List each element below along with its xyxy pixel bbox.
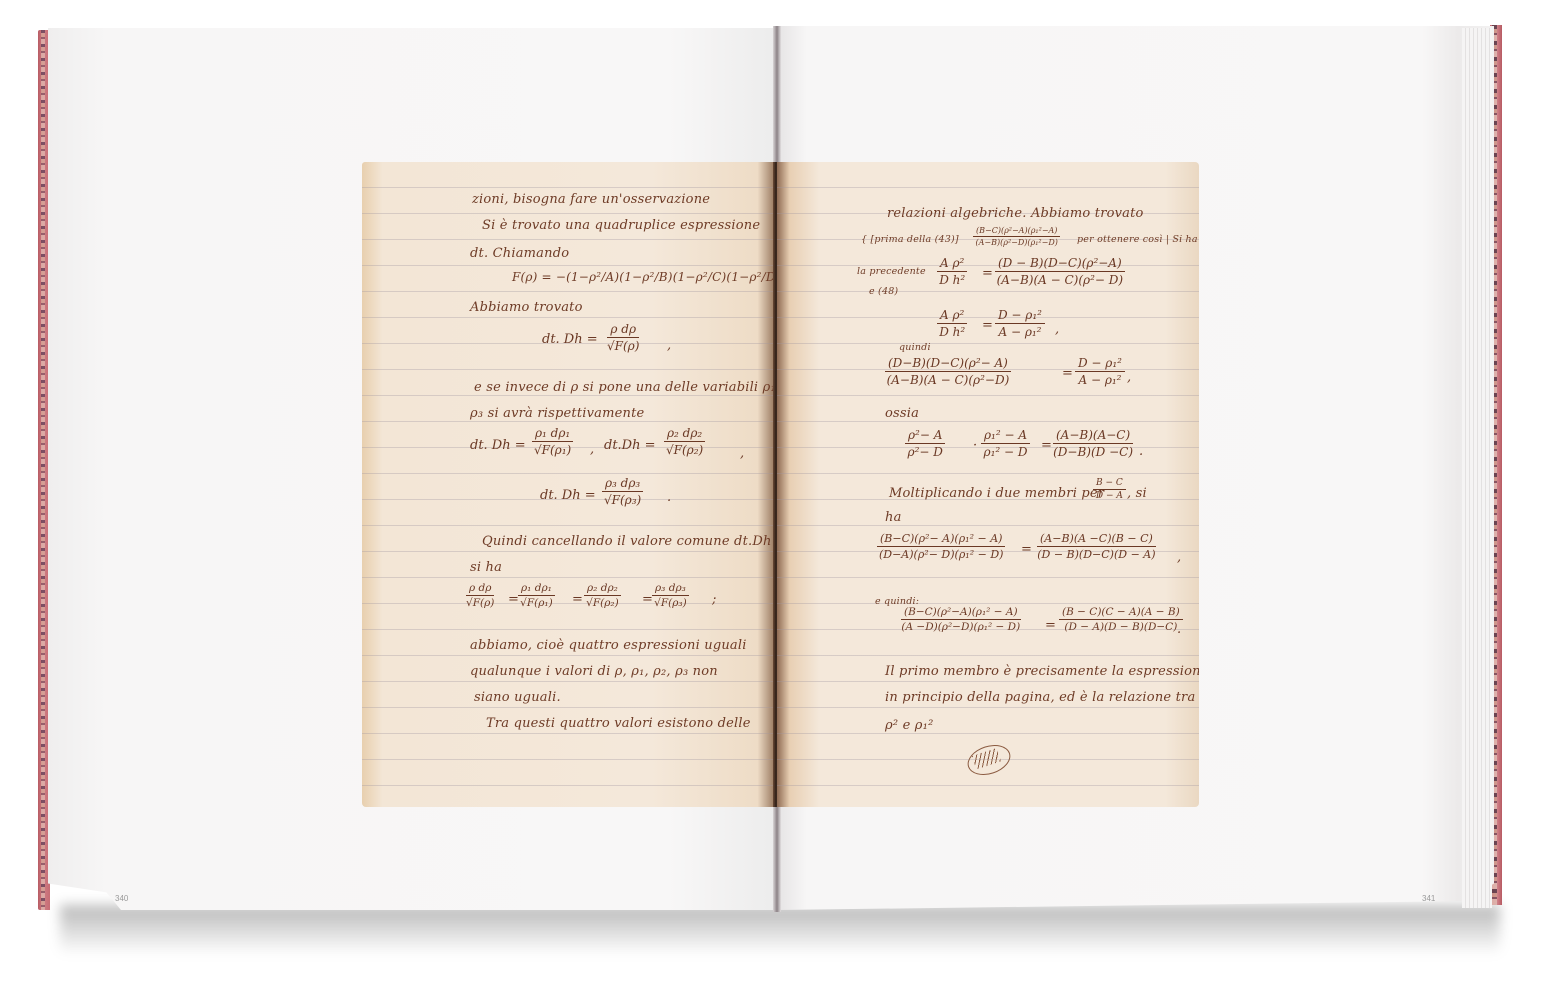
formula-lhs: dt. Dh = bbox=[542, 332, 598, 347]
page-stack-edge bbox=[1462, 28, 1492, 908]
manuscript-line: ρ² e ρ₁² bbox=[885, 718, 933, 733]
formula-fraction: ρ₂ dρ₂√F(ρ₂) bbox=[584, 582, 621, 609]
formula-F: F(ρ) = −(1−ρ²/A)(1−ρ²/B)(1−ρ²/C)(1−ρ²/D)… bbox=[512, 270, 774, 284]
formula-tail: , bbox=[667, 338, 671, 353]
equals-sign: = bbox=[572, 592, 583, 607]
formula-fraction: (B−C)(ρ²− A)(ρ₁² − A)(D−A)(ρ²− D)(ρ₁² − … bbox=[877, 532, 1005, 561]
manuscript-line: relazioni algebriche. Abbiamo trovato bbox=[887, 206, 1144, 221]
formula-tail: , bbox=[740, 446, 744, 461]
manuscript-note: quindi bbox=[899, 342, 931, 353]
equals-sign: = bbox=[1062, 366, 1073, 381]
manuscript-line: Quindi cancellando il valore comune dt.D… bbox=[482, 534, 772, 549]
manuscript-line: zioni, bisogna fare un'osservazione bbox=[472, 192, 710, 207]
formula-fraction: (A−B)(A−C)(D−B)(D −C) bbox=[1053, 428, 1133, 459]
formula-fraction: ρ₃ dρ₃√F(ρ₃) bbox=[652, 582, 689, 609]
manuscript-line: qualunque i valori di ρ, ρ₁, ρ₂, ρ₃ non bbox=[470, 664, 718, 679]
formula-fraction: ρ₁² − Aρ₁² − D bbox=[981, 428, 1030, 459]
formula-fraction: ρ₁ dρ₁√F(ρ₁) bbox=[518, 582, 555, 609]
formula-lhs: dt.Dh = bbox=[604, 438, 656, 453]
manuscript-line: abbiamo, cioè quattro espressioni uguali bbox=[470, 638, 747, 653]
equals-sign: = bbox=[1021, 542, 1032, 557]
formula-fraction: D − ρ₁²A − ρ₁² bbox=[1075, 356, 1125, 387]
manuscript-note: per ottenere così | Si ha ora bbox=[1077, 234, 1199, 245]
manuscript-line: Il primo membro è precisamente la espres… bbox=[885, 664, 1199, 679]
equals-sign: = bbox=[982, 266, 993, 281]
manuscript-line: si ha bbox=[470, 560, 502, 575]
formula-fraction-small: B − CD − A bbox=[1093, 478, 1126, 501]
manuscript-line: ρ₃ si avrà rispettivamente bbox=[470, 406, 644, 421]
manuscript-line: Abbiamo trovato bbox=[470, 300, 583, 315]
equals-sign: = bbox=[982, 318, 993, 333]
formula-tail: , bbox=[1055, 322, 1059, 337]
formula-fraction: (A−B)(A −C)(B − C)(D − B)(D−C)(D − A) bbox=[1037, 532, 1156, 561]
manuscript-page-right: relazioni algebriche. Abbiamo trovato { … bbox=[777, 162, 1199, 807]
formula-fraction: D − ρ₁²A − ρ₁² bbox=[995, 308, 1045, 339]
formula-tail: , bbox=[1127, 370, 1131, 385]
formula-fraction: ρ₁ dρ₁√F(ρ₁) bbox=[532, 426, 573, 457]
manuscript-line: dt. Chiamando bbox=[470, 246, 569, 261]
formula-fraction: (D−B)(D−C)(ρ²− A)(A−B)(A − C)(ρ²−D) bbox=[885, 356, 1011, 387]
formula-fraction: ρ dρ√F(ρ) bbox=[607, 322, 639, 353]
page-number-right: 341 bbox=[1422, 894, 1435, 903]
formula-fraction: A ρ²D h² bbox=[937, 308, 967, 339]
formula-fraction: ρ₃ dρ₃√F(ρ₃) bbox=[602, 476, 643, 507]
equals-sign: = bbox=[1045, 618, 1056, 633]
manuscript-line: e se invece di ρ si pone una delle varia… bbox=[474, 380, 774, 395]
manuscript-line: Tra questi quattro valori esistono delle bbox=[486, 716, 751, 731]
formula-tail: ; bbox=[712, 592, 716, 607]
equals-sign: = bbox=[1041, 438, 1052, 453]
formula-fraction-small: (B−C)(ρ²−A)(ρ₁²−A)(A−B)(ρ²−D)(ρ₁²−D) bbox=[973, 226, 1060, 247]
manuscript-line: in principio della pagina, ed è la relaz… bbox=[885, 690, 1195, 705]
formula-tail: , bbox=[1177, 550, 1181, 565]
multiply-dot: · bbox=[973, 438, 977, 453]
page-number-left: 340 bbox=[115, 894, 128, 903]
formula-lhs: dt. Dh = bbox=[470, 438, 526, 453]
formula-tail: , bbox=[590, 442, 594, 457]
signature-flourish-icon bbox=[964, 740, 1014, 780]
formula-fraction: ρ₂ dρ₂√F(ρ₂) bbox=[664, 426, 705, 457]
formula-fraction: (B−C)(ρ²−A)(ρ₁² − A)(A −D)(ρ²−D)(ρ₁² − D… bbox=[901, 606, 1021, 633]
manuscript-note: e (48) bbox=[869, 286, 898, 297]
formula-fraction: ρ dρ√F(ρ) bbox=[466, 582, 494, 609]
formula-fraction: A ρ²D h² bbox=[937, 256, 967, 287]
manuscript-page-left: zioni, bisogna fare un'osservazione Si è… bbox=[362, 162, 774, 807]
book-shadow bbox=[60, 905, 1500, 955]
manuscript-line: , si bbox=[1127, 486, 1147, 501]
formula-fraction: (D − B)(D−C)(ρ²−A)(A−B)(A − C)(ρ²− D) bbox=[995, 256, 1125, 287]
formula-tail: . bbox=[667, 490, 671, 505]
formula-lhs: dt. Dh = bbox=[540, 488, 596, 503]
manuscript-line: Moltiplicando i due membri per bbox=[889, 486, 1104, 501]
manuscript-note: { [prima della (43)] bbox=[861, 234, 959, 245]
manuscript-line: ha bbox=[885, 510, 902, 525]
manuscript-note: la precedente bbox=[857, 266, 926, 277]
formula-tail: . bbox=[1139, 444, 1143, 459]
formula-fraction: (B − C)(C − A)(A − B)(D − A)(D − B)(D−C) bbox=[1059, 606, 1183, 633]
manuscript-line: Si è trovato una quadruplice espressione bbox=[482, 218, 760, 233]
formula-fraction: ρ²− Aρ²− D bbox=[905, 428, 945, 459]
formula-tail: . bbox=[1177, 622, 1181, 637]
manuscript-line: ossia bbox=[885, 406, 919, 421]
manuscript-line: siano uguali. bbox=[474, 690, 561, 705]
